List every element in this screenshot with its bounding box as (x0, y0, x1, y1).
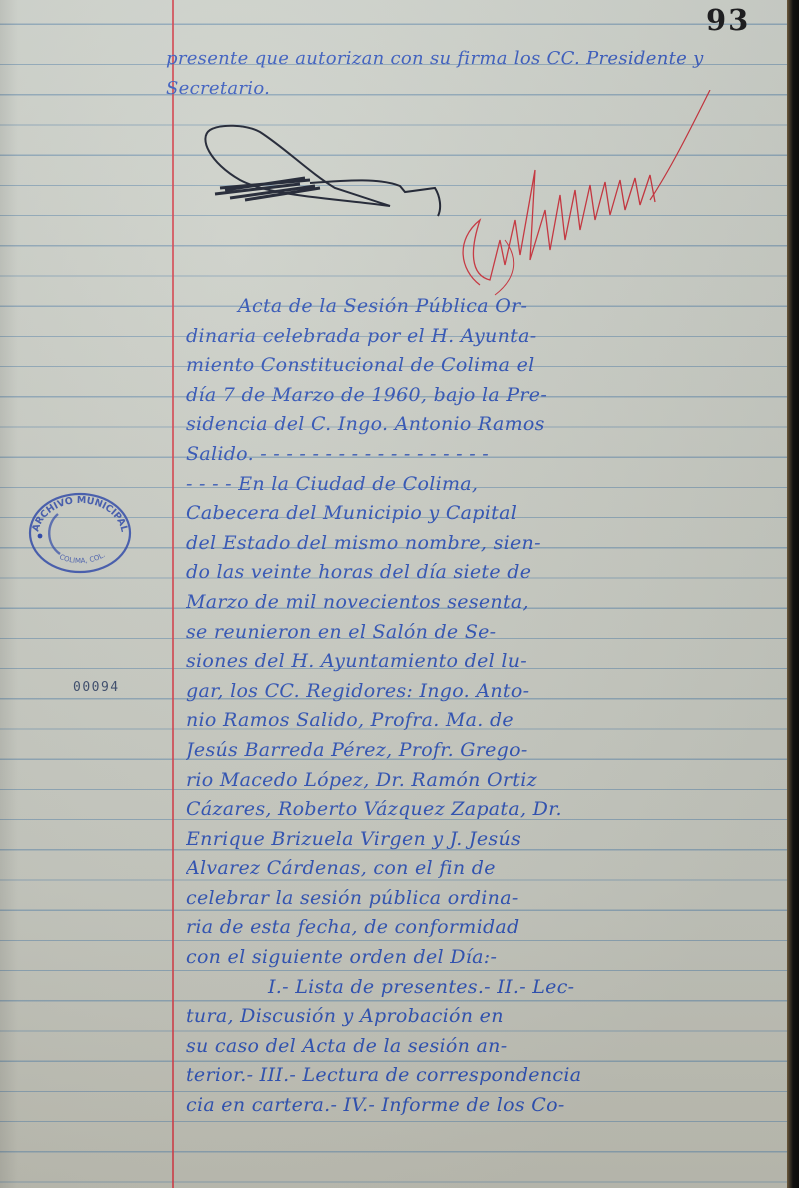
act-body-line: Alvarez Cárdenas, con el fin de (186, 854, 782, 884)
agenda-line: terior.- III.- Lectura de correspondenci… (186, 1061, 782, 1091)
act-body-line: Enrique Brizuela Virgen y J. Jesús (186, 825, 782, 855)
act-heading-line: día 7 de Marzo de 1960, bajo la Pre- (186, 381, 782, 411)
act-body-line: - - - - En la Ciudad de Colima, (186, 470, 782, 500)
page-edge-shadow (0, 0, 18, 1188)
closing-line: presente que autorizan con su firma los … (166, 44, 762, 74)
act-body-line: con el siguiente orden del Día:- (186, 943, 782, 973)
archive-stamp-icon: ARCHIVO MUNICIPAL COLIMA, COL. (28, 492, 132, 574)
stamp-bottom-text: COLIMA, COL. (58, 551, 106, 565)
svg-text:ARCHIVO MUNICIPAL: ARCHIVO MUNICIPAL (30, 495, 129, 533)
act-body-line: rio Macedo López, Dr. Ramón Ortiz (186, 766, 782, 796)
ledger-page: 93 presente que autorizan con su firma l… (0, 0, 788, 1188)
act-body-line: celebrar la sesión pública ordina- (186, 884, 782, 914)
act-body-line: ria de esta fecha, de conformidad (186, 913, 782, 943)
act-heading-line: miento Constitucional de Colima el (186, 351, 782, 381)
act-body-line: Cázares, Roberto Vázquez Zapata, Dr. (186, 795, 782, 825)
book-binding-edge (787, 0, 799, 1188)
act-body-line: Marzo de mil novecientos sesenta, (186, 588, 782, 618)
agenda-line: tura, Discusión y Aprobación en (186, 1002, 782, 1032)
act-body-line: do las veinte horas del día siete de (186, 558, 782, 588)
agenda-line: cia en cartera.- IV.- Informe de los Co- (186, 1091, 782, 1121)
agenda-line: su caso del Acta de la sesión an- (186, 1032, 782, 1062)
svg-text:COLIMA, COL.: COLIMA, COL. (58, 551, 106, 565)
stamp-top-text: ARCHIVO MUNICIPAL (30, 495, 129, 533)
act-body-line: nio Ramos Salido, Profra. Ma. de (186, 706, 782, 736)
act-body-line: se reunieron en el Salón de Se- (186, 618, 782, 648)
act-heading-line: Acta de la Sesión Pública Or- (186, 292, 782, 322)
act-body-line: gar, los CC. Regidores: Ingo. Anto- (186, 677, 782, 707)
act-text: Acta de la Sesión Pública Or- dinaria ce… (186, 292, 782, 1121)
act-body-line: Jesús Barreda Pérez, Profr. Grego- (186, 736, 782, 766)
act-body-line: siones del H. Ayuntamiento del lu- (186, 647, 782, 677)
red-margin-line (172, 0, 174, 1188)
folio-number: 00094 (73, 680, 120, 695)
act-body-line: Cabecera del Municipio y Capital (186, 499, 782, 529)
page-number: 93 (706, 3, 750, 37)
act-heading-line: Salido. - - - - - - - - - - - - - - - - … (186, 440, 782, 470)
agenda-line: I.- Lista de presentes.- II.- Lec- (186, 973, 782, 1003)
act-heading-line: sidencia del C. Ingo. Antonio Ramos (186, 410, 782, 440)
act-heading-line: dinaria celebrada por el H. Ayunta- (186, 322, 782, 352)
act-body-line: del Estado del mismo nombre, sien- (186, 529, 782, 559)
red-signature-icon (420, 90, 720, 310)
